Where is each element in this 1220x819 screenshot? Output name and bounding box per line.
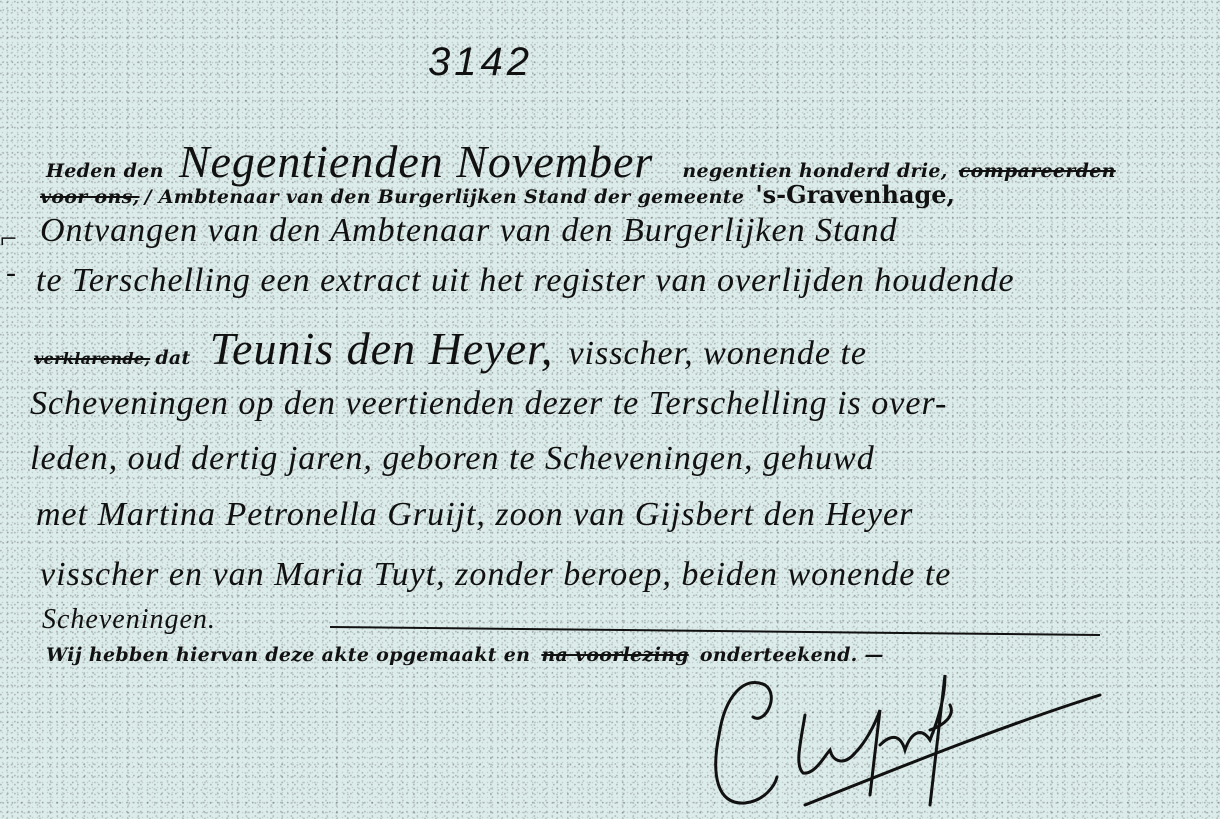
municipality-name: 's-Gravenhage, xyxy=(755,180,955,209)
printed-text: Wij hebben hiervan deze akte opgemaakt e… xyxy=(46,644,530,666)
handwritten-text: visscher en van Maria Tuyt, zonder beroe… xyxy=(40,556,951,593)
struck-text: voor ons, xyxy=(40,186,140,208)
handwritten-text: leden, oud dertig jaren, geboren te Sche… xyxy=(30,440,875,477)
struck-text: verklarende, xyxy=(34,349,150,368)
handwritten-text: te Terschelling een extract uit het regi… xyxy=(36,262,1015,299)
handwritten-text: Scheveningen. xyxy=(42,604,216,635)
document-line-10: Scheveningen. xyxy=(42,604,216,636)
printed-text: Heden den xyxy=(46,160,164,182)
document-line-4: te Terschelling een extract uit het regi… xyxy=(36,262,1015,300)
document-line-8: met Martina Petronella Gruijt, zoon van … xyxy=(36,496,913,534)
margin-mark: ⌐ xyxy=(0,222,17,256)
deceased-name: Teunis den Heyer, xyxy=(210,323,554,374)
handwritten-text: visscher, wonende te xyxy=(568,335,867,372)
printed-text: / Ambtenaar van den Burgerlijken Stand d… xyxy=(145,186,745,208)
handwritten-text: met Martina Petronella Gruijt, zoon van … xyxy=(36,496,913,533)
struck-text: na voorlezing xyxy=(541,644,688,666)
document-line-5: verklarende, dat Teunis den Heyer, vissc… xyxy=(34,322,867,375)
struck-text: compareerden xyxy=(959,160,1116,182)
printed-text: negentien honderd drie, xyxy=(682,160,947,182)
document-line-7: leden, oud dertig jaren, geboren te Sche… xyxy=(30,440,875,478)
handwritten-text: Ontvangen van den Ambtenaar van den Burg… xyxy=(40,212,898,249)
margin-mark: - xyxy=(6,256,16,290)
document-line-3: Ontvangen van den Ambtenaar van den Burg… xyxy=(40,212,898,250)
document-line-6: Scheveningen op den veertienden dezer te… xyxy=(30,385,947,423)
document-line-9: visscher en van Maria Tuyt, zonder beroe… xyxy=(40,556,951,594)
handwritten-text: Scheveningen op den veertienden dezer te… xyxy=(30,385,947,422)
record-number: 3142 xyxy=(428,40,533,85)
signature xyxy=(705,655,1105,819)
document-line-2: voor ons, / Ambtenaar van den Burgerlijk… xyxy=(40,180,955,209)
printed-text: dat xyxy=(155,347,190,369)
